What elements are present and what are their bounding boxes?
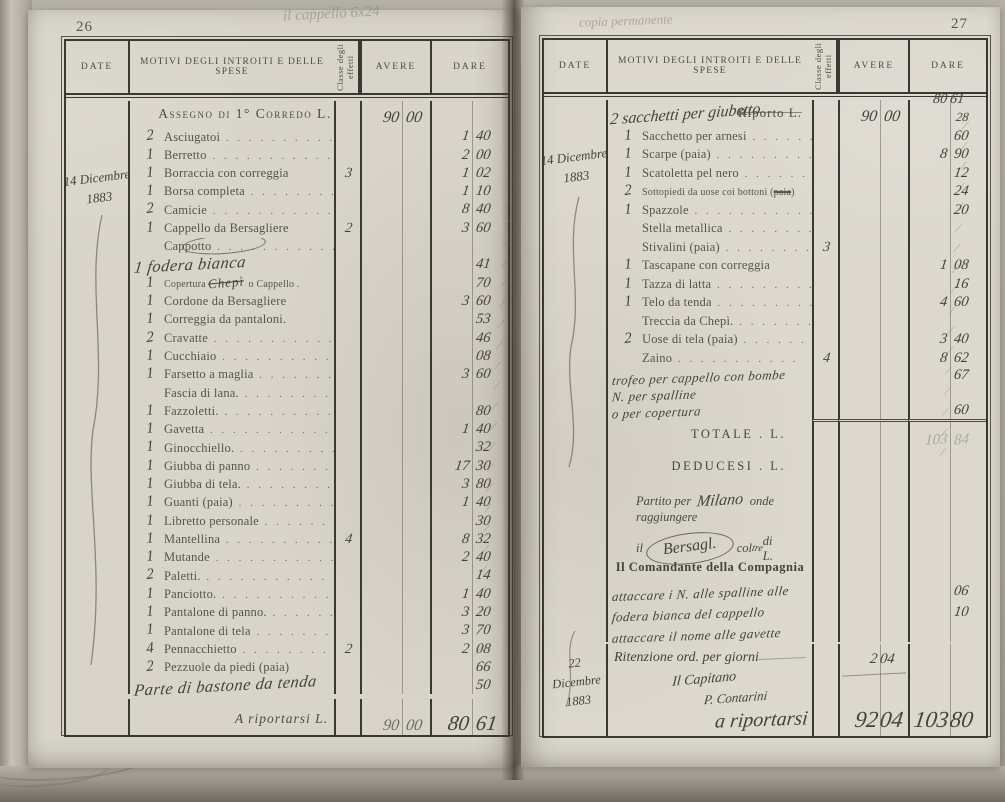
carry-forward-label: A riportarsi L. bbox=[235, 711, 334, 735]
dare-lire: 80 bbox=[932, 93, 948, 107]
amount-cent: 80 bbox=[475, 404, 492, 419]
table-row: 1Giubba di tela.380 bbox=[66, 475, 508, 493]
amount-lire: 2 bbox=[461, 642, 470, 657]
margin-brace bbox=[563, 197, 587, 467]
column-header-classe: Classe degli effetti bbox=[334, 41, 360, 93]
item-label: Tascapane con correggia bbox=[642, 258, 770, 272]
amount-cent: 02 bbox=[475, 166, 492, 181]
amount-lire: 1 bbox=[461, 166, 470, 181]
handwritten-entry: Parte di bastone da tenda bbox=[129, 673, 318, 699]
amount-cent: 62 bbox=[953, 351, 970, 366]
pencil-line bbox=[758, 657, 806, 660]
avere-lire: 90 bbox=[860, 109, 878, 125]
amount-cent: 46 bbox=[475, 331, 492, 346]
table-row: 1Pantalone di tela370 bbox=[66, 621, 508, 639]
item-label: Cucchiaio bbox=[164, 349, 216, 363]
table-row: fodera bianca del cappello10 bbox=[544, 600, 986, 621]
table-row: 2Uose di tela (paia)340 bbox=[544, 330, 986, 349]
ritenzione-avere-lire: 2 bbox=[869, 652, 878, 667]
item-label: Copertura bbox=[164, 279, 206, 290]
table-row: 1Correggia da pantaloni.53 bbox=[66, 310, 508, 328]
item-label: Uose di tela (paia) bbox=[642, 332, 738, 346]
table-row: 1Pantalone di panno.320 bbox=[66, 603, 508, 621]
amount-cent: 70 bbox=[475, 276, 492, 291]
table-row: 2Paletti.14 bbox=[66, 566, 508, 584]
avere-cent: 00 bbox=[405, 110, 423, 126]
amount-cent: 60 bbox=[475, 294, 492, 309]
amount-lire: 3 bbox=[461, 294, 470, 309]
classe-value: 2 bbox=[344, 222, 353, 236]
opening-row: Assegno di 1° Corredo L. 90 00 bbox=[66, 101, 508, 127]
pencil-annotation: il cappello 6x24 bbox=[283, 3, 380, 25]
amount-cent: 40 bbox=[475, 202, 492, 217]
item-label: Giubba di panno bbox=[164, 459, 250, 473]
ritenzione-avere-cent: 04 bbox=[879, 652, 896, 667]
table-row: 1Guanti (paia)140 bbox=[66, 493, 508, 511]
margin-brace bbox=[561, 631, 581, 707]
riporto-row: Riporto L. 2 sacchetti per giubetto 90 0… bbox=[544, 100, 986, 126]
item-label: Cordone da Bersagliere bbox=[164, 294, 286, 308]
avere-lire: 90 bbox=[382, 110, 400, 126]
item-label: Panciotto. bbox=[164, 587, 216, 601]
table-row: 2Sottopiedi da uose coi bottoni (paia)24 bbox=[544, 182, 986, 201]
item-label: Ginocchiello. bbox=[164, 441, 234, 455]
table-row: Stivalini (paia)3 bbox=[544, 237, 986, 256]
comandante-label: Il Comandante della Compagnia bbox=[616, 560, 804, 575]
item-label: Cravatte bbox=[164, 331, 208, 345]
ledger-table-right: DATE MOTIVI DEGLI INTROITI E DELLE SPESE… bbox=[539, 35, 991, 737]
partito-printed: Partito per bbox=[636, 494, 691, 508]
table-row: 1Telo da tenda460 bbox=[544, 293, 986, 312]
table-row: attaccare i N. alle spalline alle06 bbox=[544, 579, 986, 600]
item-label: Guanti (paia) bbox=[164, 495, 233, 509]
amount-cent: 08 bbox=[475, 349, 492, 364]
pencil-line bbox=[842, 672, 906, 676]
item-label: Fazzoletti. bbox=[164, 404, 219, 418]
item-label: Stivalini (paia) bbox=[642, 240, 720, 254]
scribble-overwrite: Chepì bbox=[207, 275, 244, 291]
column-header-dare: DARE bbox=[908, 40, 986, 92]
item-label: Pennacchietto bbox=[164, 642, 237, 656]
column-header-motivi: MOTIVI DEGLI INTROITI E DELLE SPESE bbox=[606, 40, 812, 92]
signature-name: P. Contarini bbox=[703, 688, 768, 709]
dare-cent-extra: 28 bbox=[955, 111, 969, 124]
table-row: Stella metallica bbox=[544, 219, 986, 238]
total-dare-cent: 80 bbox=[948, 708, 974, 731]
table-row: 1Fazzoletti.80 bbox=[66, 401, 508, 419]
opening-label: Assegno di 1° Corredo L. bbox=[132, 106, 332, 122]
amount-lire: 8 bbox=[939, 147, 948, 162]
amount-lire: 1 bbox=[461, 129, 470, 144]
amount-cent: 41 bbox=[475, 257, 492, 272]
amount-lire: 4 bbox=[939, 295, 948, 310]
table-row: trofeo per cappello con bombe67 bbox=[544, 367, 986, 385]
amount-lire: 1 bbox=[939, 258, 948, 273]
item-label-tail: ) bbox=[791, 187, 795, 198]
amount-lire: 3 bbox=[461, 221, 470, 236]
totale-label: TOTALE . L. bbox=[691, 427, 786, 442]
avere-lire: 90 bbox=[382, 718, 400, 734]
struck-word: paia bbox=[774, 187, 791, 198]
ledger-table-left: DATE MOTIVI DEGLI INTROITI E DELLE SPESE… bbox=[61, 36, 513, 736]
item-label: Cappotto bbox=[164, 239, 211, 253]
amount-lire: 1 bbox=[461, 184, 470, 199]
carry-forward-row: A riportarsi L. 90 00 80 61 bbox=[66, 699, 508, 735]
table-body: Riporto L. 2 sacchetti per giubetto 90 0… bbox=[544, 94, 986, 736]
amount-lire: 3 bbox=[461, 605, 470, 620]
table-row: 1Cucchiaio08 bbox=[66, 347, 508, 365]
table-row: 1Spazzole20 bbox=[544, 200, 986, 219]
totale-pencil-cent: 84 bbox=[953, 432, 969, 448]
amount-lire: 3 bbox=[939, 332, 948, 347]
item-label: Fascia di lana. bbox=[164, 386, 239, 400]
amount-cent: 06 bbox=[953, 584, 970, 599]
table-row: 1 fodera bianca41 bbox=[66, 255, 508, 273]
amount-cent: 60 bbox=[953, 129, 970, 144]
table-row: 4Pennacchietto2208 bbox=[66, 639, 508, 657]
page-27: 27 copia permanente 14 Dicembre 1883 ∕ ∕… bbox=[521, 7, 1000, 767]
margin-brace bbox=[84, 215, 110, 665]
item-label: Pantalone di tela bbox=[164, 624, 251, 638]
item-label: Treccia da Chepì. bbox=[642, 314, 733, 328]
classe-value: 4 bbox=[822, 352, 831, 366]
item-label: Borraccia con correggia bbox=[164, 166, 289, 180]
item-label: Gavetta bbox=[164, 422, 204, 436]
handwritten-superscript: tre bbox=[751, 543, 764, 555]
item-label: Zaino bbox=[642, 351, 672, 365]
item-label: Mutande bbox=[164, 550, 210, 564]
amount-cent: 53 bbox=[475, 312, 492, 327]
scanned-ledger-photo: 26 il cappello 6x24 14 Dicembre 1883 ∕ ∕… bbox=[0, 0, 1005, 802]
amount-cent: 32 bbox=[475, 440, 492, 455]
amount-cent: 20 bbox=[475, 605, 492, 620]
handwritten-destination: Milano bbox=[696, 490, 745, 512]
amount-lire: 3 bbox=[461, 477, 470, 492]
item-label: Asciugatoi bbox=[164, 130, 220, 144]
amount-cent: 40 bbox=[475, 129, 492, 144]
amount-lire: 3 bbox=[461, 623, 470, 638]
table-row: 1Libretto personale30 bbox=[66, 511, 508, 529]
column-header-avere: AVERE bbox=[838, 40, 908, 92]
item-label: Sacchetto per arnesi bbox=[642, 129, 747, 143]
column-header-dare: DARE bbox=[430, 41, 508, 93]
item-label: Stella metallica bbox=[642, 221, 723, 235]
table-header: DATE MOTIVI DEGLI INTROITI E DELLE SPESE… bbox=[544, 40, 986, 94]
deducesi-label: DEDUCESI . L. bbox=[672, 459, 786, 474]
table-row: 1Panciotto.140 bbox=[66, 584, 508, 602]
item-label: Tazza di latta bbox=[642, 277, 711, 291]
table-row: 1Ginocchiello.32 bbox=[66, 438, 508, 456]
item-label: Cappello da Bersagliere bbox=[164, 221, 289, 235]
amount-cent: 60 bbox=[953, 295, 970, 310]
riportarsi-label: a riportarsi bbox=[714, 707, 809, 733]
deducesi-row: DEDUCESI . L. bbox=[544, 449, 986, 483]
amount-lire: 2 bbox=[461, 148, 470, 163]
handwritten-entry: attaccare il nome alle gavette bbox=[607, 626, 781, 645]
amount-cent: 60 bbox=[953, 403, 970, 418]
table-row: attaccare il nome alle gavette bbox=[544, 621, 986, 642]
column-header-motivi: MOTIVI DEGLI INTROITI E DELLE SPESE bbox=[128, 41, 334, 93]
column-header-classe: Classe degli effetti bbox=[812, 40, 838, 92]
item-label: Scatoletta pel nero bbox=[642, 166, 739, 180]
item-label: Camicie bbox=[164, 203, 207, 217]
item-label: Sottopiedi da uose coi bottoni ( bbox=[642, 187, 774, 198]
item-label: Mantellina bbox=[164, 532, 220, 546]
table-row: 1Tazza di latta16 bbox=[544, 274, 986, 293]
amount-cent: 67 bbox=[953, 368, 970, 383]
page-26: 26 il cappello 6x24 14 Dicembre 1883 ∕ ∕… bbox=[28, 10, 517, 768]
amount-lire: 2 bbox=[461, 550, 470, 565]
item-label: Telo da tenda bbox=[642, 295, 712, 309]
table-row: 2Asciugatoi140 bbox=[66, 127, 508, 145]
classe-value: 2 bbox=[344, 643, 353, 657]
table-row: 1Farsetto a maglia360 bbox=[66, 365, 508, 383]
amount-cent: 10 bbox=[475, 184, 492, 199]
table-header: DATE MOTIVI DEGLI INTROITI E DELLE SPESE… bbox=[66, 41, 508, 95]
amount-cent: 60 bbox=[475, 367, 492, 382]
table-row: N. per spalline bbox=[544, 384, 986, 402]
total-avere-lire: 92 bbox=[853, 708, 879, 731]
amount-lire: 8 bbox=[461, 202, 470, 217]
amount-lire: 8 bbox=[939, 351, 948, 366]
dare-lire: 80 bbox=[447, 713, 471, 734]
table-row: 1Berretto200 bbox=[66, 145, 508, 163]
table-row: Fascia di lana. bbox=[66, 383, 508, 401]
avere-cent: 00 bbox=[883, 109, 901, 125]
amount-cent: 20 bbox=[953, 203, 970, 218]
item-label-tail: o Cappello . bbox=[246, 279, 300, 290]
amount-cent: 00 bbox=[475, 148, 492, 163]
table-row: Cappotto bbox=[66, 237, 508, 255]
page-number: 26 bbox=[76, 19, 93, 36]
amount-lire: 1 bbox=[461, 587, 470, 602]
item-label: Giubba di tela. bbox=[164, 477, 241, 491]
amount-cent: 40 bbox=[953, 332, 970, 347]
table-row: 1Cappello da Bersagliere2360 bbox=[66, 218, 508, 236]
page-number: 27 bbox=[951, 16, 968, 33]
amount-cent: 32 bbox=[475, 532, 492, 547]
item-label: Spazzole bbox=[642, 203, 689, 217]
amount-cent: 60 bbox=[475, 221, 492, 236]
table-row: Zaino4862 bbox=[544, 348, 986, 367]
signature-title: Il Capitano bbox=[671, 669, 736, 691]
table-row: o per copertura60 bbox=[544, 402, 986, 420]
item-label: Scarpe (paia) bbox=[642, 147, 711, 161]
item-label: Paletti. bbox=[164, 569, 201, 583]
amount-cent: 40 bbox=[475, 422, 492, 437]
table-row: 2Cravatte46 bbox=[66, 328, 508, 346]
amount-cent: 30 bbox=[475, 514, 492, 529]
amount-lire: 1 bbox=[461, 422, 470, 437]
item-label: Pantalone di panno. bbox=[164, 605, 267, 619]
dare-cent: 61 bbox=[949, 93, 965, 107]
item-label: Farsetto a maglia bbox=[164, 367, 253, 381]
comandante-row: Il Comandante della Compagnia bbox=[544, 555, 986, 579]
column-header-date: DATE bbox=[66, 41, 128, 93]
table-row: 1Tascapane con correggia108 bbox=[544, 256, 986, 275]
table-row: 1Giubba di panno1730 bbox=[66, 456, 508, 474]
amount-lire: 3 bbox=[461, 367, 470, 382]
amount-cent: 10 bbox=[953, 605, 970, 620]
dare-cent: 61 bbox=[475, 713, 499, 734]
item-label: Berretto bbox=[164, 148, 207, 162]
column-header-avere: AVERE bbox=[360, 41, 430, 93]
classe-value: 3 bbox=[822, 241, 831, 255]
ritenzione-note: Ritenzione ord. per giorni bbox=[614, 650, 759, 666]
column-header-date: DATE bbox=[544, 40, 606, 92]
avere-cent: 00 bbox=[405, 718, 423, 734]
total-dare-lire: 103 bbox=[912, 708, 950, 731]
item-label: Borsa completa bbox=[164, 184, 245, 198]
table-row: 1Mantellina4832 bbox=[66, 530, 508, 548]
amount-lire: 8 bbox=[461, 532, 470, 547]
classe-value: 4 bbox=[344, 533, 353, 547]
table-row: 1Cordone da Bersagliere360 bbox=[66, 292, 508, 310]
item-label: Correggia da pantaloni. bbox=[164, 312, 286, 326]
totale-row: TOTALE . L. 103 84 bbox=[544, 419, 986, 449]
amount-lire: 17 bbox=[453, 459, 470, 474]
amount-lire: 1 bbox=[461, 495, 470, 510]
table-row: Treccia da Chepì. bbox=[544, 311, 986, 330]
table-row: 1CoperturaChepì o Cappello .70 bbox=[66, 273, 508, 291]
classe-value: 3 bbox=[344, 167, 353, 181]
table-row: 1Mutande240 bbox=[66, 548, 508, 566]
amount-cent: 66 bbox=[475, 660, 492, 675]
total-avere-cent: 04 bbox=[878, 708, 904, 731]
item-label: Pezzuole da piedi (paia) bbox=[164, 660, 289, 674]
bottom-block: 22 Dicembre 1883 Ritenzione ord. per gio… bbox=[544, 644, 986, 736]
table-row: 1Gavetta140 bbox=[66, 420, 508, 438]
item-label: Libretto personale bbox=[164, 514, 259, 528]
amount-cent: 50 bbox=[475, 678, 492, 693]
pencil-annotation: copia permanente bbox=[579, 11, 673, 30]
table-row: Parte di bastone da tenda50 bbox=[66, 676, 508, 694]
partito-block: Partito per Milano onde raggiungere il B… bbox=[544, 483, 986, 555]
